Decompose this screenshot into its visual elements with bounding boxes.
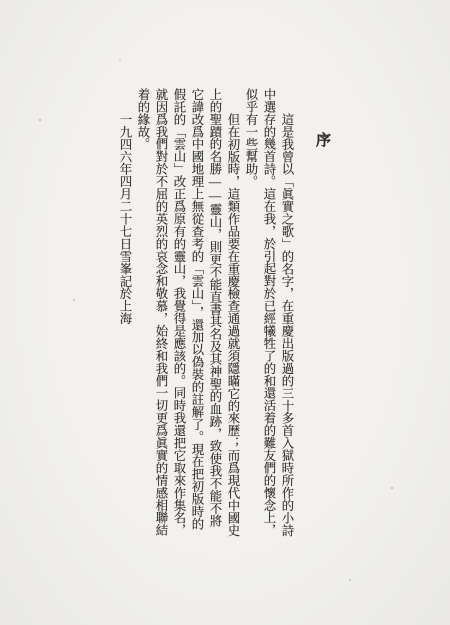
signature-line: 一九四六年四月二十七日雪峯記於上海 xyxy=(116,88,134,538)
preface-paragraph-1: 這是我曾以「眞實之歌」的名字，在重慶出版過的三十多首入獄時所作的小詩中選存的幾首… xyxy=(242,88,296,538)
scanned-book-page: { "page": { "title": "序", "paragraphs": … xyxy=(0,0,450,625)
page-title: 序 xyxy=(316,129,331,150)
preface-paragraph-2: 但在初版時，這類作品要在重慶檢查通過就須隱瞞它的來歷；而爲現代中國史上的聖蹟的名… xyxy=(134,88,242,538)
preface-text-block: 這是我曾以「眞實之歌」的名字，在重慶出版過的三十多首入獄時所作的小詩中選存的幾首… xyxy=(114,88,296,538)
